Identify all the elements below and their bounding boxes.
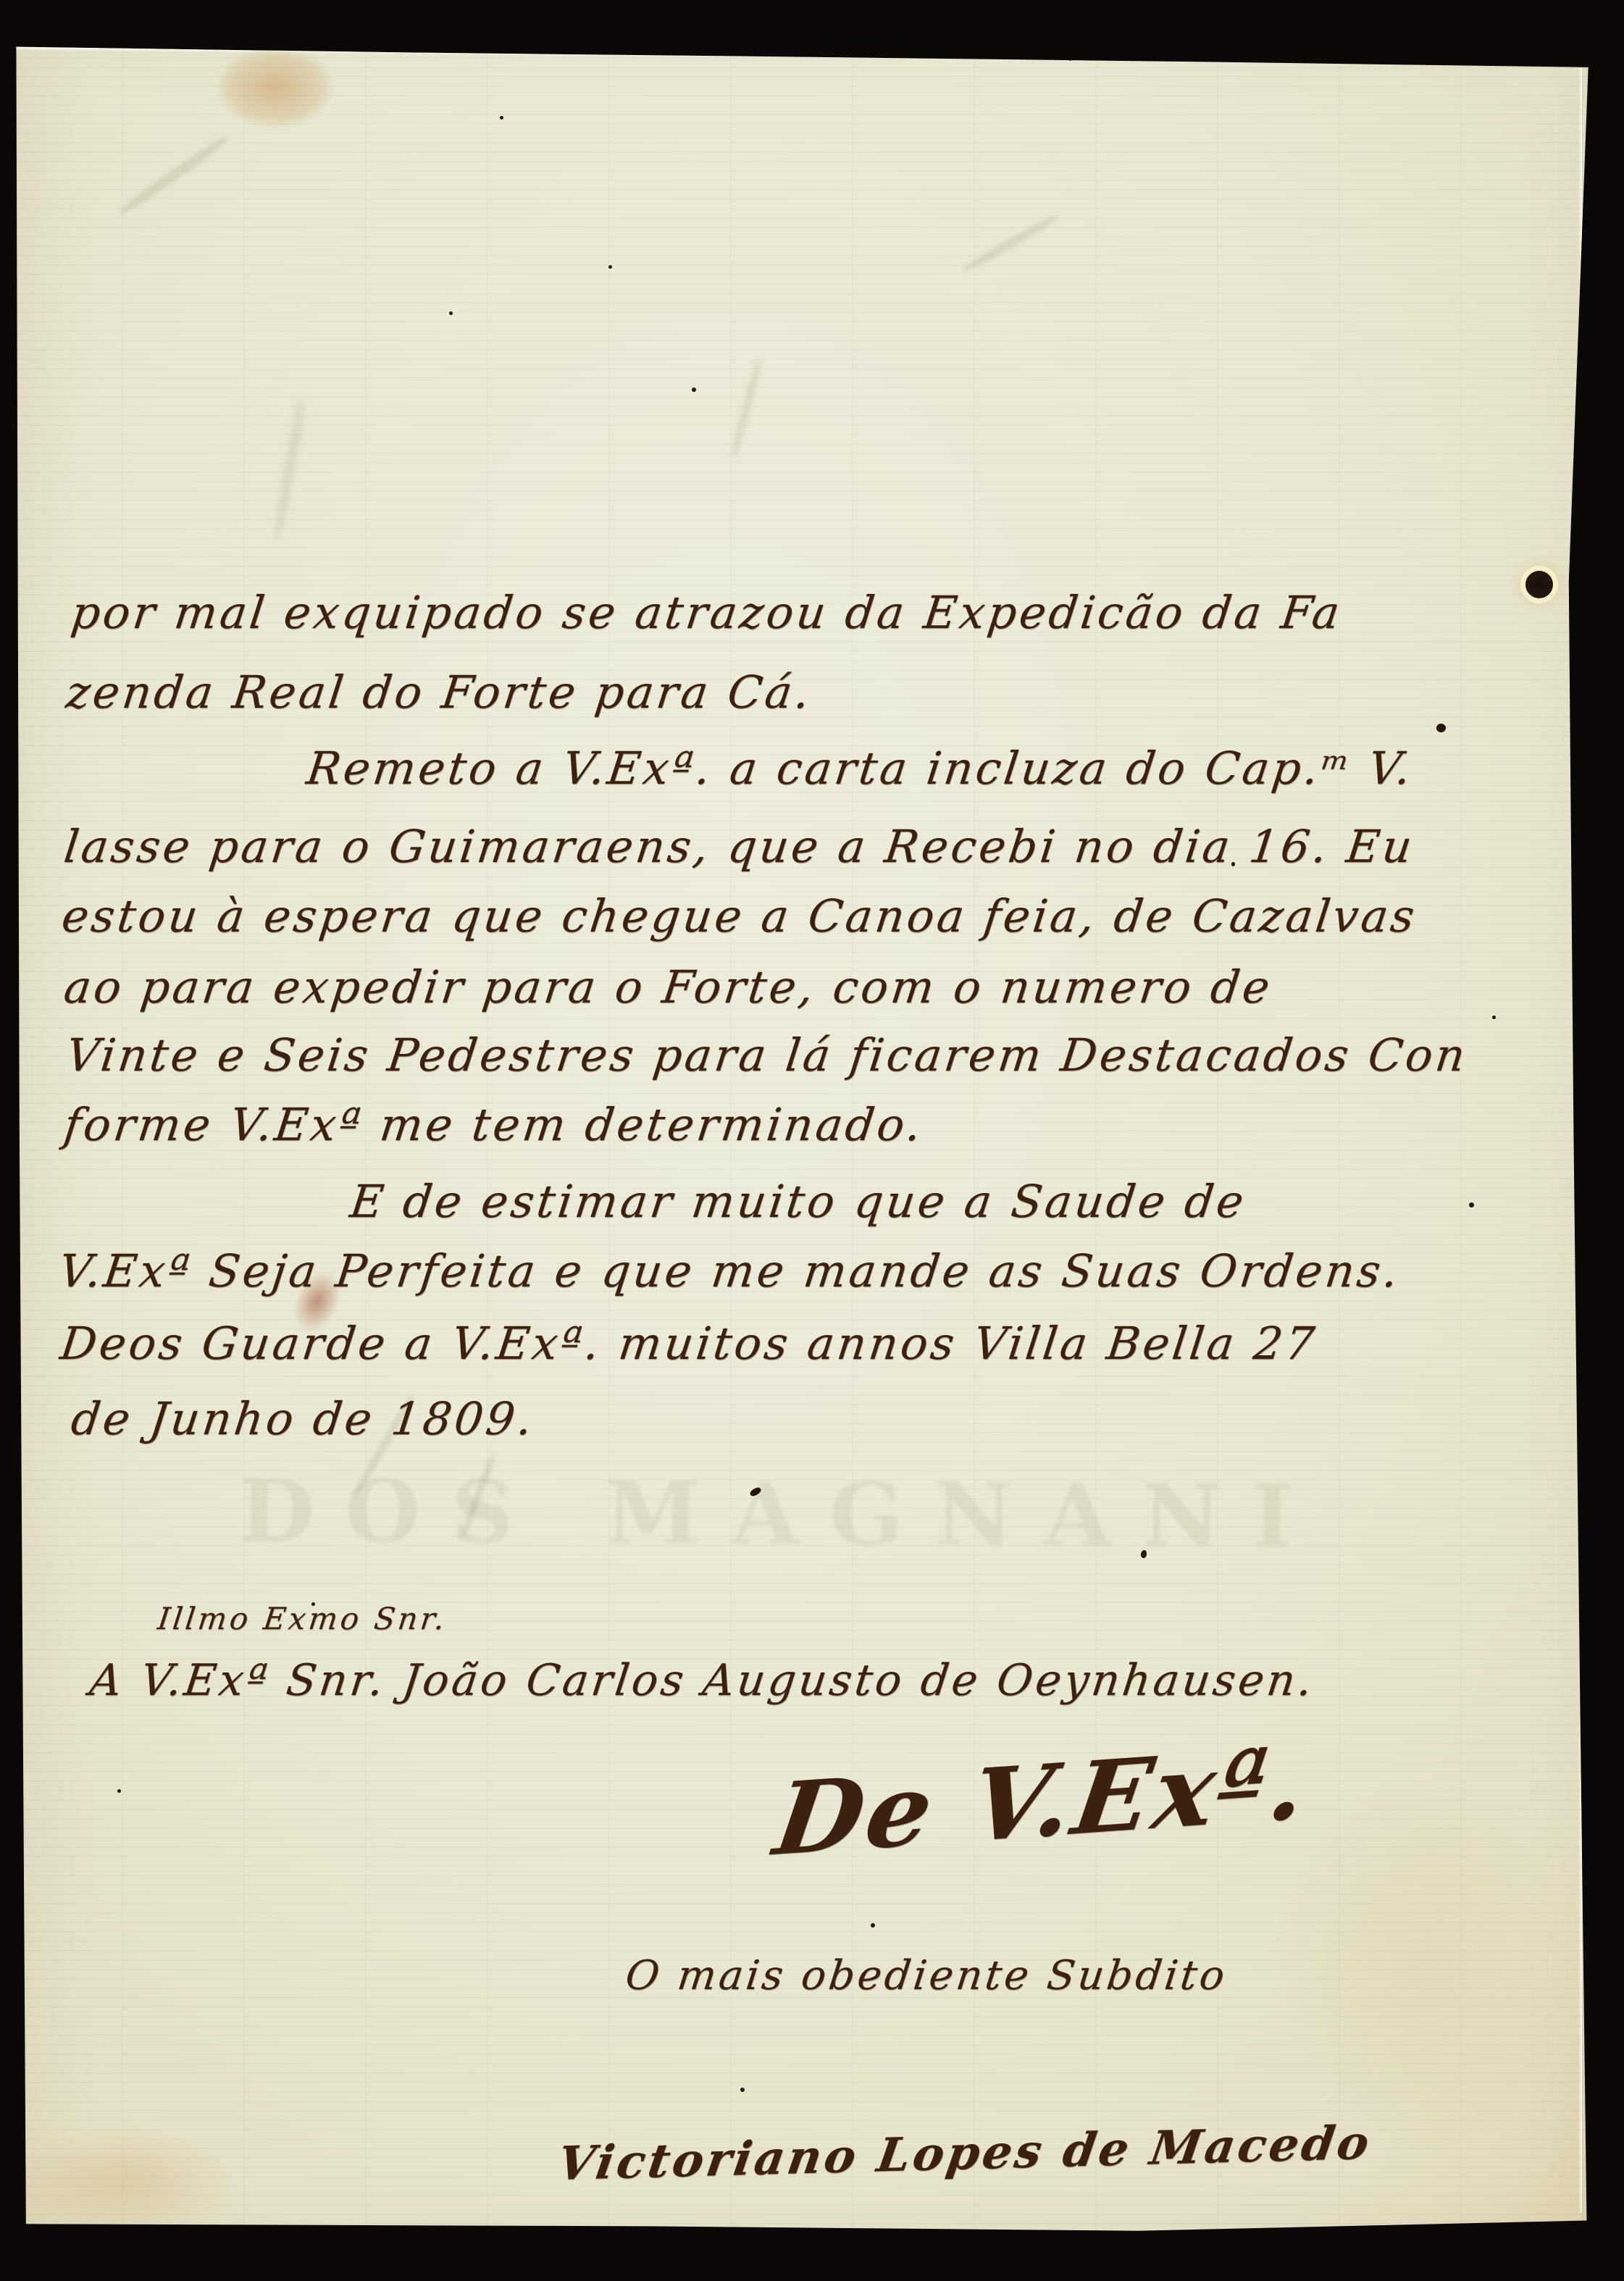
ink-speck — [692, 388, 696, 392]
ink-bleed-mark — [961, 212, 1060, 274]
ink-speck — [500, 116, 503, 120]
address-line: A V.Exª Snr. João Carlos Augusto de Oeyn… — [87, 1655, 1318, 1706]
stain — [217, 48, 333, 127]
manuscript-line: E de estimar muito que a Saude de — [348, 1179, 1249, 1224]
manuscript-line: ao para expedir para o Forte, com o nume… — [62, 965, 1275, 1010]
ink-speck — [1436, 724, 1446, 732]
manuscript-line: de Junho de 1809. — [69, 1397, 537, 1441]
paper-watermark: DOS MAGNANI — [239, 1460, 1399, 1568]
ink-speck — [608, 265, 612, 269]
manuscript-line: estou à espera que chegue a Canoa feia, … — [59, 894, 1420, 939]
ink-speck — [1231, 862, 1235, 866]
manuscript-line: forme V.Exª me tem determinado. — [62, 1102, 926, 1147]
ink-speck — [740, 2088, 745, 2092]
manuscript-line: Deos Guarde a V.Exª. muitos annos Villa … — [58, 1321, 1320, 1366]
signature: Victoriano Lopes de Macedo — [554, 2116, 1376, 2191]
ink-speck — [871, 1923, 875, 1928]
closing-formula: O mais obediente Subdito — [623, 1952, 1230, 1999]
address-honorific: Illmo Exmo Snr. — [156, 1601, 449, 1636]
ink-speck — [449, 311, 453, 315]
manuscript-line: zenda Real do Forte para Cá. — [64, 670, 815, 715]
punch-hole — [1525, 571, 1553, 598]
ink-bleed-mark — [729, 359, 763, 459]
manuscript-line: Remeto a V.Exª. a carta incluza do Cap.ᵐ… — [304, 746, 1416, 791]
ink-bleed-mark — [273, 395, 307, 540]
paper-sheet: DOS MAGNANI por mal exquipado se atrazou… — [0, 0, 1624, 2281]
ink-bleed-mark — [117, 134, 230, 217]
manuscript-line: Vinte e Seis Pedestres para lá ficarem D… — [64, 1033, 1470, 1078]
ink-speck — [117, 1789, 121, 1793]
stain — [1275, 1775, 1579, 2151]
manuscript-line: V.Exª Seja Perfeita e que me mande as Su… — [56, 1249, 1403, 1294]
manuscript-line: lasse para o Guimaraens, que a Recebi no… — [62, 824, 1417, 869]
ink-speck — [1492, 1016, 1496, 1019]
manuscript-line: por mal exquipado se atrazou da Expedicã… — [69, 590, 1344, 635]
ink-speck — [1469, 1202, 1474, 1208]
stain — [14, 2130, 232, 2238]
valediction: De V.Exª. — [768, 1724, 1316, 1878]
ink-speck — [311, 1602, 315, 1606]
